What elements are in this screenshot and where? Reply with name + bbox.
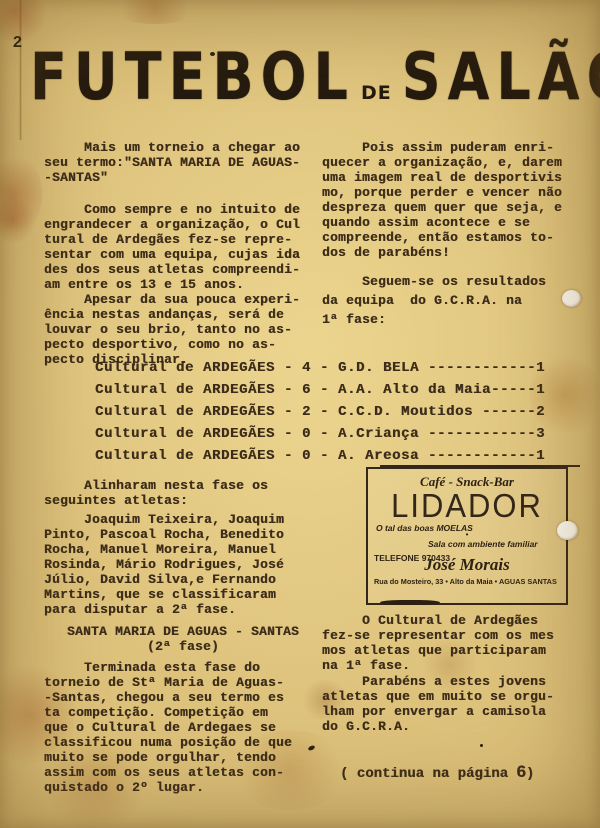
ad-address: Rua do Mosteiro, 33 • Alto da Maia • AGU… [374, 577, 564, 586]
headline-word-futebol: FUTEBOL [30, 45, 355, 110]
results-list: Cultural de ARDEGÃES - 4 - G.D. BELA ---… [95, 360, 565, 470]
ad-name: LIDADOR [368, 490, 566, 521]
ad-tagline-2: Sala com ambiente familiar [428, 539, 566, 549]
result-row: Cultural de ARDEGÃES - 2 - C.C.D. Moutid… [95, 404, 565, 426]
result-row: Cultural de ARDEGÃES - 4 - G.D. BELA ---… [95, 360, 565, 382]
left-paragraph-final: Terminada esta fase do torneio de Stª Ma… [44, 660, 322, 795]
page-number: 2 [13, 34, 22, 52]
continuation-page-number: 6 [516, 762, 525, 781]
right-paragraph-intro: Pois assim puderam enri- quecer a organi… [322, 140, 590, 260]
paper-crease [19, 0, 22, 140]
paper-stain [0, 196, 36, 244]
paper-stain [0, 150, 42, 240]
continuation-note: ( continua na página 6) [340, 762, 534, 782]
left-paragraph-athletes-intro: Alinharam nesta fase os seguintes atleta… [44, 478, 322, 508]
ad-bottom-smudge [380, 600, 440, 605]
punch-hole-bottom [557, 521, 578, 540]
ink-speck [480, 744, 483, 747]
headline-connector-de: DE [361, 82, 392, 104]
result-row: Cultural de ARDEGÃES - 0 - A.Criança ---… [95, 426, 565, 448]
paper-stain [110, 0, 200, 24]
punch-hole-top [562, 290, 581, 307]
ad-separator-dot: • [368, 533, 566, 538]
headline-word-salao: SALÃO [402, 45, 600, 110]
left-paragraph-team: Como sempre e no intuito de engrandecer … [44, 202, 322, 367]
left-paragraph-athletes-list: Joaquim Teixeira, Joaquim Pinto, Pascoal… [44, 512, 322, 617]
headline: FUTEBOL DE SALÃO [30, 56, 600, 110]
continuation-suffix: ) [526, 766, 534, 782]
right-paragraph-congrats: Parabéns a estes jovens atletas que em m… [322, 674, 590, 734]
result-row: Cultural de ARDEGÃES - 6 - A.A. Alto da … [95, 382, 565, 404]
continuation-prefix: ( continua na página [340, 766, 516, 782]
left-subheading-fase2: SANTA MARIA DE AGUAS - SANTAS (2ª fase) [44, 624, 322, 654]
paper-stain [0, 0, 50, 42]
advertisement-lidador: Café - Snack-Bar LIDADOR O tal das boas … [366, 467, 568, 605]
scanned-newsletter-page: 2 FUTEBOL DE SALÃO Mais um torneio a che… [0, 0, 600, 828]
right-paragraph-results-intro: Seguem-se os resultados da equipa do G.C… [322, 272, 590, 329]
right-paragraph-second-phase: O Cultural de Ardegães fez-se representa… [322, 613, 590, 673]
left-paragraph-intro: Mais um torneio a chegar ao seu termo:"S… [44, 140, 322, 185]
